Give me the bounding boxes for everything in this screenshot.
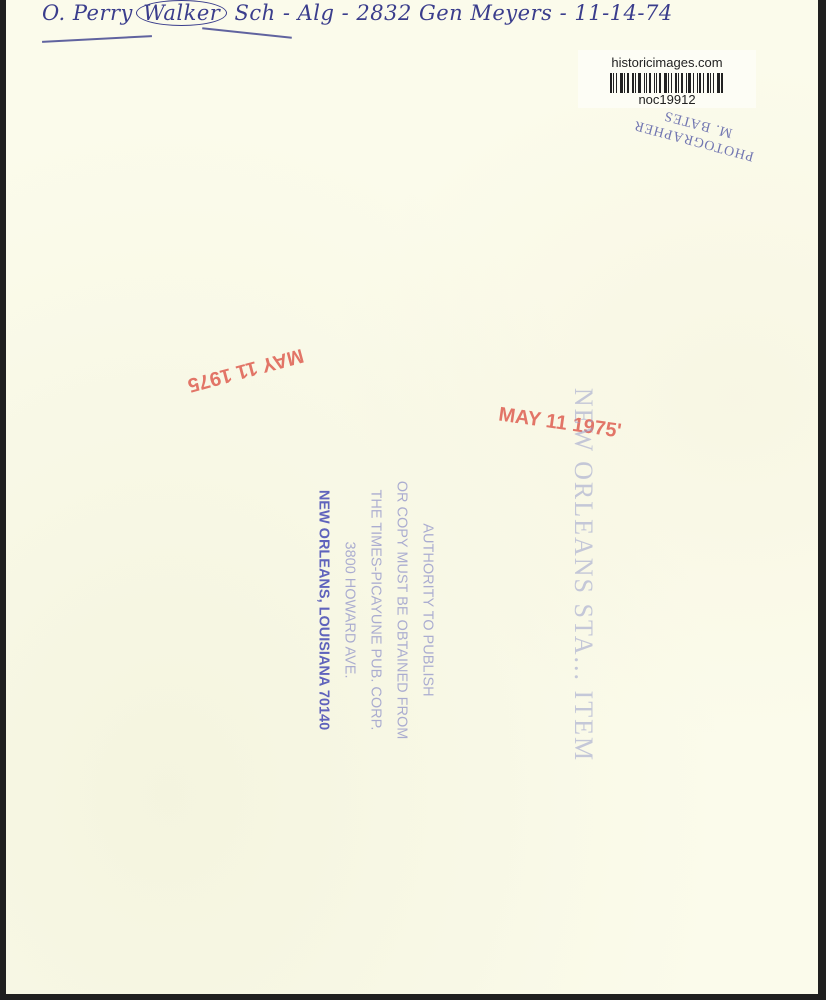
barcode-bar [721, 73, 723, 93]
barcode-bar [664, 73, 667, 93]
barcode-bar [686, 73, 687, 93]
barcode-bar [681, 73, 683, 93]
barcode-icon [607, 73, 727, 93]
handwritten-circled-name: Walker [136, 0, 227, 26]
barcode-bar [610, 73, 612, 93]
barcode-bar [699, 73, 701, 93]
barcode-bar [620, 73, 623, 93]
barcode-bar [678, 73, 679, 93]
barcode-bar [627, 73, 629, 93]
barcode-site-text: historicimages.com [578, 56, 756, 70]
handwritten-name: O. Perry [42, 1, 133, 25]
barcode-bar [624, 73, 625, 93]
date-stamp: MAY 11 1975' [497, 404, 623, 444]
barcode-bar [671, 73, 672, 93]
handwritten-details: Sch - Alg - 2832 Gen Meyers - 11-14-74 [234, 1, 672, 25]
barcode-bar [703, 73, 704, 93]
barcode-bar [675, 73, 677, 93]
barcode-bar [707, 73, 709, 93]
barcode-bar [654, 73, 655, 93]
barcode-label: historicimages.com noc19912 [578, 50, 756, 108]
handwritten-underline [42, 35, 152, 43]
barcode-bar [693, 73, 694, 93]
barcode-id-text: noc19912 [578, 93, 756, 107]
handwritten-underline [202, 27, 292, 38]
barcode-bar [697, 73, 698, 93]
publisher-stamp-line: AUTHORITY TO PUBLISH [414, 481, 440, 740]
handwritten-caption: O. Perry Walker Sch - Alg - 2832 Gen Mey… [42, 0, 673, 26]
publisher-stamp-line: THE TIMES-PICAYUNE PUB. CORP. [362, 481, 388, 740]
publisher-stamp-line: NEW ORLEANS, LOUISIANA 70140 [310, 481, 336, 740]
barcode-bar [710, 73, 711, 93]
barcode-bar [656, 73, 657, 93]
barcode-bar [688, 73, 691, 93]
barcode-bar [649, 73, 651, 93]
barcode-bar [644, 73, 645, 93]
date-stamp: MAY 11 1975 [185, 343, 306, 396]
barcode-bar [638, 73, 641, 93]
barcode-bar [635, 73, 636, 93]
barcode-bar [668, 73, 669, 93]
barcode-bar [632, 73, 634, 93]
barcode-bar [713, 73, 714, 93]
photo-back-paper: O. Perry Walker Sch - Alg - 2832 Gen Mey… [6, 0, 818, 994]
barcode-bar [616, 73, 617, 93]
publisher-stamp-line: OR COPY MUST BE OBTAINED FROM [388, 481, 414, 740]
barcode-bar [646, 73, 647, 93]
barcode-bar [659, 73, 661, 93]
barcode-bar [717, 73, 720, 93]
barcode-bar [613, 73, 614, 93]
faded-stamp-text: NEW ORLEANS STA... ITEM [568, 388, 598, 762]
publisher-stamp: AUTHORITY TO PUBLISH OR COPY MUST BE OBT… [310, 481, 440, 740]
publisher-stamp-line: 3800 HOWARD AVE. [336, 481, 362, 740]
